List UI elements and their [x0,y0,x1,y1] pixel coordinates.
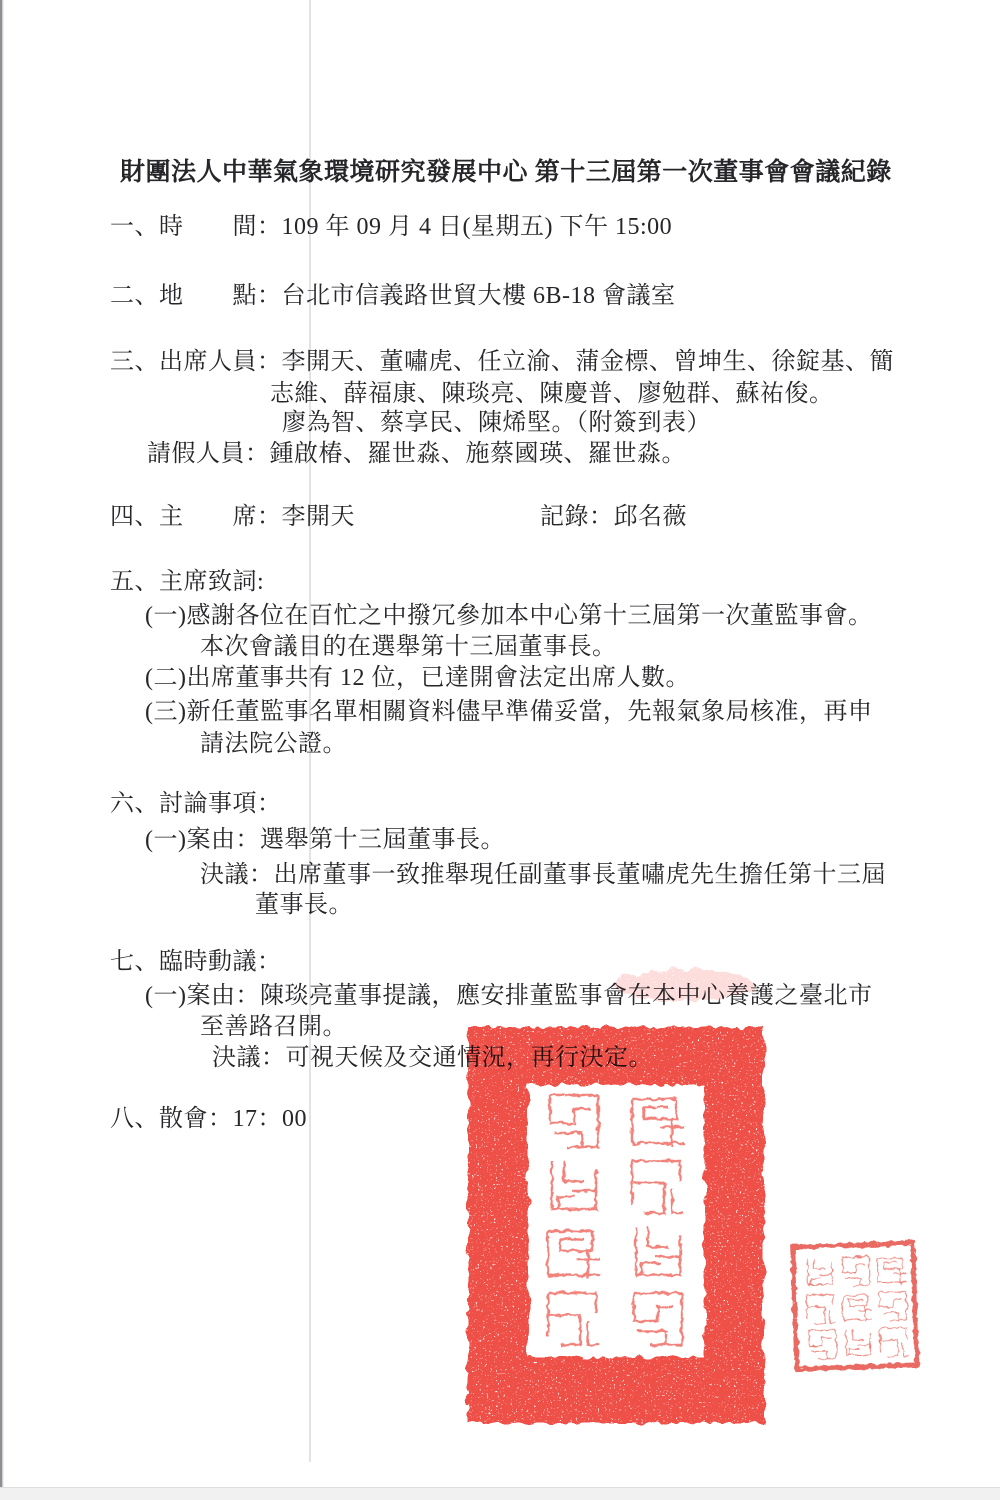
motion-section-header: 七、臨時動議： [110,946,282,978]
organization-seal-stamp-icon [458,955,776,1445]
motion-resolution-1: 決議：可視天候及交通情況，再行決定。 [212,1042,653,1074]
attendees-line-2: 志維、薛福康、陳琰亮、陳慶普、廖勉群、蘇祐俊。 [270,378,834,410]
motion-case-1a: (一)案由：陳琰亮董事提議，應安排董監事會在本中心養護之臺北市 [145,980,872,1012]
speech-item-3a: (三)新任董監事名單相關資料儘早準備妥當，先報氣象局核准，再申 [145,696,872,728]
adjourn-line: 八、散會：17：00 [110,1103,307,1135]
discussion-resolution-1a: 決議：出席董事一致推舉現任副董事長董嘯虎先生擔任第十三屆 [200,859,886,891]
speech-item-2: (二)出席董事共有 12 位，已達開會法定出席人數。 [145,662,690,694]
attendees-line-1: 三、出席人員：李開天、董嘯虎、任立渝、蒲金標、曾坤生、徐錠基、簡 [110,346,894,378]
speech-item-1b: 本次會議目的在選舉第十三屆董事長。 [200,631,617,663]
recorder-line: 記錄：邱名薇 [540,501,687,533]
attendees-line-3: 廖為智、蔡享民、陳烯堅。（附簽到表） [282,407,711,439]
speech-section-header: 五、主席致詞: [110,566,264,598]
discussion-section-header: 六、討論事項： [110,788,282,820]
speech-item-1a: (一)感謝各位在百忙之中撥冗參加本中心第十三屆第一次董監事會。 [145,600,872,632]
meeting-place-line: 二、地 點：台北市信義路世貿大樓 6B-18 會議室 [110,280,676,312]
discussion-resolution-1b: 董事長。 [255,889,353,921]
personal-seal-stamp-icon [783,1236,928,1388]
meeting-time-line: 一、時 間：109 年 09 月 4 日(星期五) 下午 15:00 [110,211,672,243]
document-title: 財團法人中華氣象環境研究發展中心 第十三屆第一次董事會會議紀錄 [120,157,892,189]
meeting-minutes-page: 財團法人中華氣象環境研究發展中心 第十三屆第一次董事會會議紀錄 一、時 間：10… [0,0,1000,1500]
absent-members-line: 請假人員：鍾啟椿、羅世淼、施蔡國瑛、羅世淼。 [147,438,686,470]
scan-bottom-edge [0,1487,1000,1500]
chairman-line: 四、主 席：李開天 [110,501,355,533]
motion-case-1b: 至善路召開。 [200,1011,347,1043]
scan-left-edge [0,0,4,1500]
speech-item-3b: 請法院公證。 [200,728,347,760]
discussion-case-1: (一)案由：選舉第十三屆董事長。 [145,824,505,856]
